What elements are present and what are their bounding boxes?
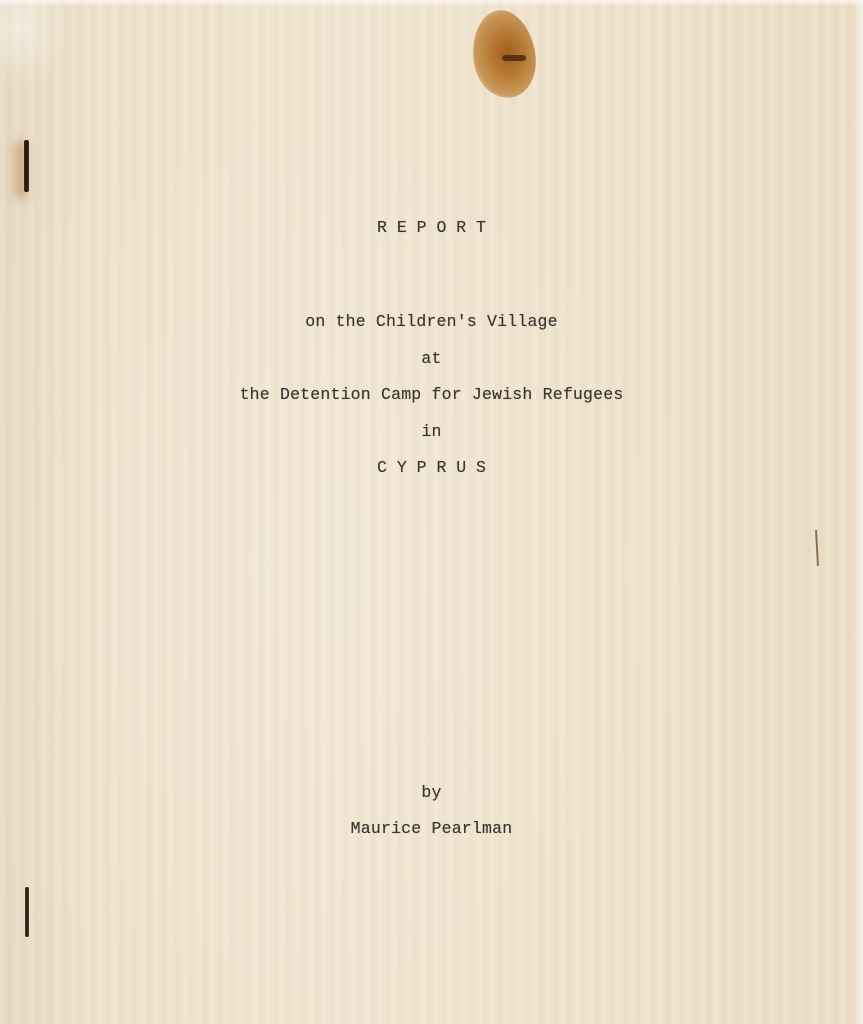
subtitle-line-1: on the Children's Village [0, 312, 863, 331]
paper-edge-top [0, 0, 863, 6]
paper-scuff [0, 0, 70, 90]
report-title: R E P O R T [0, 218, 863, 237]
author-name: Maurice Pearlman [0, 819, 863, 838]
document-page: R E P O R T on the Children's Village at… [0, 0, 863, 1024]
paper-edge-right [855, 0, 863, 1024]
subtitle-line-2: at [0, 349, 863, 368]
paper-mark [815, 530, 819, 566]
staple-top-icon [24, 140, 29, 192]
subtitle-line-4: in [0, 422, 863, 441]
rust-stain-core [502, 55, 526, 61]
subtitle-line-3: the Detention Camp for Jewish Refugees [0, 385, 863, 404]
staple-bottom-icon [25, 887, 29, 937]
byline: by [0, 783, 863, 802]
subtitle-line-5: C Y P R U S [0, 458, 863, 477]
rust-stain [467, 6, 541, 102]
